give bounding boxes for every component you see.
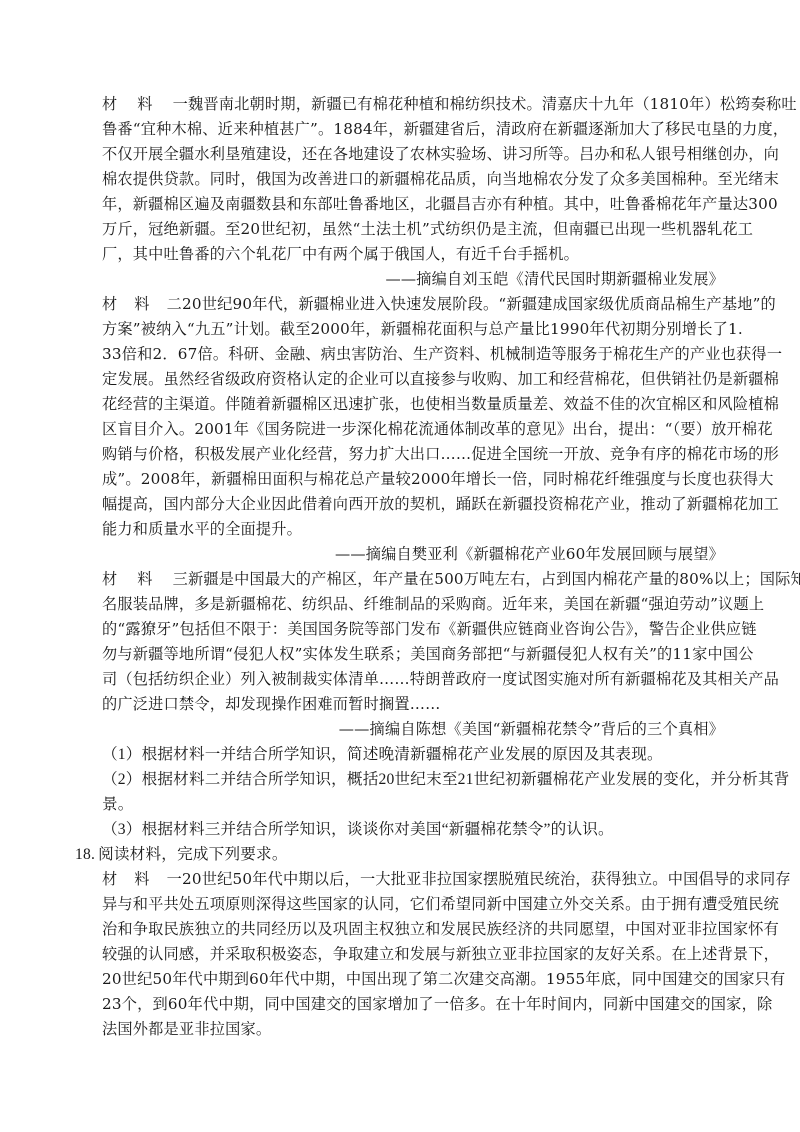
material-3-source: ——摘编自陈想《美国“新疆棉花禁令”背后的三个真相》: [102, 717, 724, 742]
question-18-header: 18.阅读材料，完成下列要求。: [102, 842, 724, 867]
material-3: 材料三新疆是中国最大的产棉区，年产量在500万吨左右，占到国内棉花产量的80%以…: [102, 567, 724, 742]
material-1-line-2: 鲁番“宜种木棉、近来种植甚广”。1884年，新疆建省后，清政府在新疆逐渐加大了移…: [102, 117, 724, 142]
question-18-instruction: 阅读材料，完成下列要求。: [98, 846, 288, 863]
material-1-line-7: 厂，其中吐鲁番的六个轧花厂中有两个属于俄国人，有近千台手摇机。: [102, 242, 724, 267]
q18-material-1-line-1: 材料一20世纪50年代中期以后，一大批亚非拉国家摆脱殖民统治，获得独立。中国倡导…: [102, 867, 724, 892]
material-3-text: 新疆是中国最大的产棉区，年产量在500万吨左右，占到国内棉花产量的80%以上；国…: [188, 570, 800, 588]
material-2-source: ——摘编自樊亚利《新疆棉花产业60年发展回顾与展望》: [102, 542, 724, 567]
q18-material-1-label: 材料一: [102, 867, 182, 892]
material-1-line-3: 不仅开展全疆水利垦殖建设，还在各地建设了农林实验场、讲习所等。吕办和私人银号相继…: [102, 142, 724, 167]
material-2-text: 20世纪90年代，新疆棉业进入快速发展阶段。“新疆建成国家级优质商品棉生产基地”…: [182, 295, 776, 313]
material-3-line-2: 名服装品牌，多是新疆棉花、纺织品、纤维制品的采购商。近年来，美国在新疆“强迫劳动…: [102, 592, 724, 617]
q18-material-1-line-4: 较强的认同感，并采取积极姿态，争取建立和发展与新独立亚非拉国家的友好关系。在上述…: [102, 942, 724, 967]
material-1-line-5: 年，新疆棉区遍及南疆数县和东部吐鲁番地区，北疆昌吉亦有种植。其中，吐鲁番棉花年产…: [102, 192, 724, 217]
material-3-line-3: 的“露獠牙”包括但不限于：美国国务院等部门发布《新疆供应链商业咨询公告》，警告企…: [102, 617, 724, 642]
material-1-source: ——摘编自刘玉皑《清代民国时期新疆棉业发展》: [102, 267, 724, 292]
material-1-line-1: 材料一魏晋南北朝时期，新疆已有棉花种植和棉纺织技术。清嘉庆十九年（1810年）松…: [102, 92, 724, 117]
material-1-label: 材料一: [102, 92, 188, 117]
material-2-line-1: 材料二20世纪90年代，新疆棉业进入快速发展阶段。“新疆建成国家级优质商品棉生产…: [102, 292, 724, 317]
question-3: （3）根据材料三并结合所学知识，谈谈你对美国“新疆棉花禁令”的认识。: [102, 817, 724, 842]
material-2-line-7: 购销与价格，积极发展产业化经营，努力扩大出口……促进全国统一开放、竞争有序的棉花…: [102, 442, 724, 467]
material-2: 材料二20世纪90年代，新疆棉业进入快速发展阶段。“新疆建成国家级优质商品棉生产…: [102, 292, 724, 567]
material-3-line-4: 勿与新疆等地所谓“侵犯人权”实体发生联系；美国商务部把“与新疆侵犯人权有关”的1…: [102, 642, 724, 667]
q18-material-1-line-7: 法国外都是亚非拉国家。: [102, 1017, 724, 1042]
question-18-number: 18.: [75, 846, 95, 863]
q18-material-1-line-5: 20世纪50年代中期到60年代中期，中国出现了第二次建交高潮。1955年底，同中…: [102, 967, 724, 992]
question-18: 18.阅读材料，完成下列要求。 材料一20世纪50年代中期以后，一大批亚非拉国家…: [102, 842, 724, 1042]
q18-material-1-line-2: 异与和平共处五项原则深得这些国家的认同，它们希望同新中国建立外交关系。由于拥有遭…: [102, 892, 724, 917]
material-2-line-8: 成”。2008年，新疆棉田面积与棉花总产量较2000年增长一倍，同时棉花纤维强度…: [102, 467, 724, 492]
exam-page: 材料一魏晋南北朝时期，新疆已有棉花种植和棉纺织技术。清嘉庆十九年（1810年）松…: [102, 92, 724, 1042]
material-2-line-5: 花经营的主渠道。伴随着新疆棉区迅速扩张，也使相当数量质量差、效益不佳的次宜棉区和…: [102, 392, 724, 417]
material-2-label: 材料二: [102, 292, 182, 317]
question-1: （1）根据材料一并结合所学知识，简述晚清新疆棉花产业发展的原因及其表现。: [102, 742, 724, 767]
material-2-line-2: 方案”被纳入“九五”计划。截至2000年，新疆棉花面积与总产量比1990年代初期…: [102, 317, 724, 342]
question-2-line-1: （2）根据材料二并结合所学知识，概括20世纪末至21世纪初新疆棉花产业发展的变化…: [102, 767, 724, 792]
material-3-line-5: 司（包括纺织企业）列入被制裁实体清单……特朗普政府一度试图实施对所有新疆棉花及其…: [102, 667, 724, 692]
material-3-label: 材料三: [102, 567, 188, 592]
material-3-line-6: 的广泛进口禁令，却发现操作困难而暂时搁置……: [102, 692, 724, 717]
material-2-line-3: 33倍和2．67倍。科研、金融、病虫害防治、生产资料、机械制造等服务于棉花生产的…: [102, 342, 724, 367]
material-1-line-4: 棉农提供贷款。同时，俄国为改善进口的新疆棉花品质，向当地棉农分发了众多美国棉种。…: [102, 167, 724, 192]
q18-material-1-text: 20世纪50年代中期以后，一大批亚非拉国家摆脱殖民统治，获得独立。中国倡导的求同…: [182, 870, 791, 888]
material-1-line-6: 万斤，冠绝新疆。至20世纪初，虽然“土法土机”式纺织仍是主流，但南疆已出现一些机…: [102, 217, 724, 242]
material-2-line-9: 幅提高，国内部分大企业因此借着向西开放的契机，踊跃在新疆投资棉花产业，推动了新疆…: [102, 492, 724, 517]
q18-material-1-line-3: 治和争取民族独立的共同经历以及巩固主权独立和发展民族经济的共同愿望，中国对亚非拉…: [102, 917, 724, 942]
material-1: 材料一魏晋南北朝时期，新疆已有棉花种植和棉纺织技术。清嘉庆十九年（1810年）松…: [102, 92, 724, 292]
q18-material-1-line-6: 23个，到60年代中期，同中国建交的国家增加了一倍多。在十年时间内，同新中国建交…: [102, 992, 724, 1017]
questions: （1）根据材料一并结合所学知识，简述晚清新疆棉花产业发展的原因及其表现。 （2）…: [102, 742, 724, 842]
material-2-line-10: 能力和质量水平的全面提升。: [102, 517, 724, 542]
material-2-line-4: 定发展。虽然经省级政府资格认定的企业可以直接参与收购、加工和经营棉花，但供销社仍…: [102, 367, 724, 392]
material-3-line-1: 材料三新疆是中国最大的产棉区，年产量在500万吨左右，占到国内棉花产量的80%以…: [102, 567, 724, 592]
material-1-text: 魏晋南北朝时期，新疆已有棉花种植和棉纺织技术。清嘉庆十九年（1810年）松筠奏称…: [188, 95, 797, 113]
question-2-line-2: 景。: [102, 792, 724, 817]
material-2-line-6: 区盲目介入。2001年《国务院进一步深化棉花流通体制改革的意见》出台，提出：“（…: [102, 417, 724, 442]
